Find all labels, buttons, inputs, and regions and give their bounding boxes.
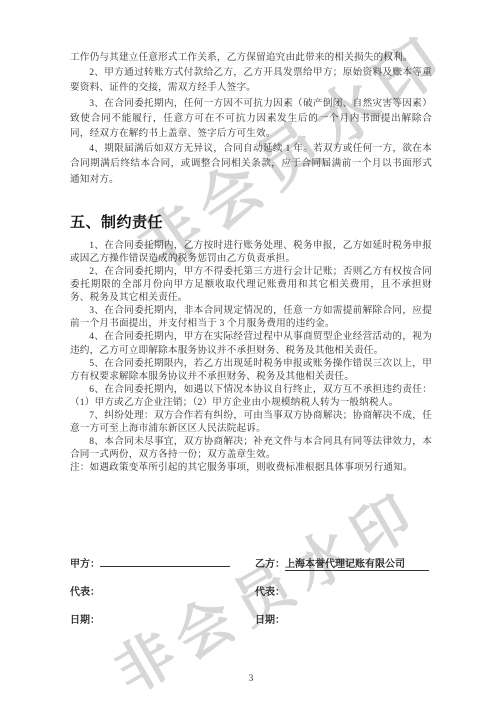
contract-clause: 注：如遇政策变革所引起的其它服务事项，则收费标准根据具体事项另行通知。 xyxy=(70,461,432,474)
signature-row-date: 日期： 日期： xyxy=(70,611,432,626)
signature-row-party: 甲方： 乙方：上海本誉代理记账有限公司 xyxy=(70,555,432,570)
party-a-label: 甲方： xyxy=(70,559,100,570)
rep-a-cell: 代表： xyxy=(70,583,255,598)
rep-b-label: 代表： xyxy=(255,587,285,598)
contract-clause: 4、在合同委托期内，甲方在实际经营过程中从事商贸型企业经营活动的，视为违约，乙方… xyxy=(70,330,432,356)
party-b-label: 乙方： xyxy=(255,559,285,570)
date-b-cell: 日期： xyxy=(255,611,432,626)
contract-clause: 1、在合同委托期内，乙方按时进行账务处理、税务申报，乙方如延时税务申报或因乙方操… xyxy=(70,239,432,265)
contract-clause: 6、在合同委托期内，如遇以下情况本协议自行终止，双方互不承担违约责任：（1）甲方… xyxy=(70,383,432,409)
section-heading: 五、制约责任 xyxy=(70,211,432,232)
contract-paragraph: 工作仍与其建立任意形式工作关系，乙方保留追究由此带来的相关损失的权利。 xyxy=(70,50,432,65)
party-b-company-name: 上海本誉代理记账有限公司 xyxy=(285,559,429,571)
contract-clause: 2、在合同委托期内，甲方不得委托第三方进行会计记账；否则乙方有权按合同委托期限的… xyxy=(70,265,432,304)
contract-paragraph: 3、在合同委托期内，任何一方因不可抗力因素（破产倒闭、自然灾害等因素）致使合同不… xyxy=(70,96,432,142)
signature-row-representative: 代表： 代表： xyxy=(70,583,432,598)
clauses-section: 1、在合同委托期内，乙方按时进行账务处理、税务申报，乙方如延时税务申报或因乙方操… xyxy=(70,239,432,475)
party-b-cell: 乙方：上海本誉代理记账有限公司 xyxy=(255,555,432,570)
date-a-label: 日期： xyxy=(70,615,100,626)
contract-clause: 8、本合同未尽事宜，双方协商解决；补充文件与本合同具有同等法律效力，本合同一式两… xyxy=(70,435,432,461)
rep-a-label: 代表： xyxy=(70,587,100,598)
date-b-label: 日期： xyxy=(255,615,285,626)
pre-section-paragraphs: 工作仍与其建立任意形式工作关系，乙方保留追究由此带来的相关损失的权利。 2、甲方… xyxy=(70,50,432,187)
signature-block: 甲方： 乙方：上海本誉代理记账有限公司 代表： 代表： 日期： xyxy=(70,555,432,626)
contract-paragraph: 2、甲方通过转账方式付款给乙方，乙方开具发票给甲方；原始资料及账本等重要资料、证… xyxy=(70,65,432,95)
party-a-cell: 甲方： xyxy=(70,555,255,570)
contract-paragraph: 4、期限届满后如双方无异议，合同自动延续 1 年。若双方或任何一方，欲在本合同期… xyxy=(70,141,432,187)
party-a-signature-line xyxy=(100,556,230,567)
scanned-contract-page: 非会员水印 非会员水印 工作仍与其建立任意形式工作关系，乙方保留追究由此带来的相… xyxy=(0,0,500,707)
page-number: 3 xyxy=(70,674,432,684)
date-a-cell: 日期： xyxy=(70,611,255,626)
contract-clause: 5、在合同委托期限内，若乙方出现延时税务申报或账务操作错误三次以上，甲方有权要求… xyxy=(70,357,432,383)
contract-clause: 7、纠纷处理：双方合作若有纠纷，可由当事双方协商解决；协商解决不成，任意一方可至… xyxy=(70,409,432,435)
contract-body: 工作仍与其建立任意形式工作关系，乙方保留追究由此带来的相关损失的权利。 2、甲方… xyxy=(70,50,432,684)
contract-clause: 3、在合同委托期内，非本合同规定情况的，任意一方如需提前解除合同，应提前一个月书… xyxy=(70,304,432,330)
rep-b-cell: 代表： xyxy=(255,583,432,598)
